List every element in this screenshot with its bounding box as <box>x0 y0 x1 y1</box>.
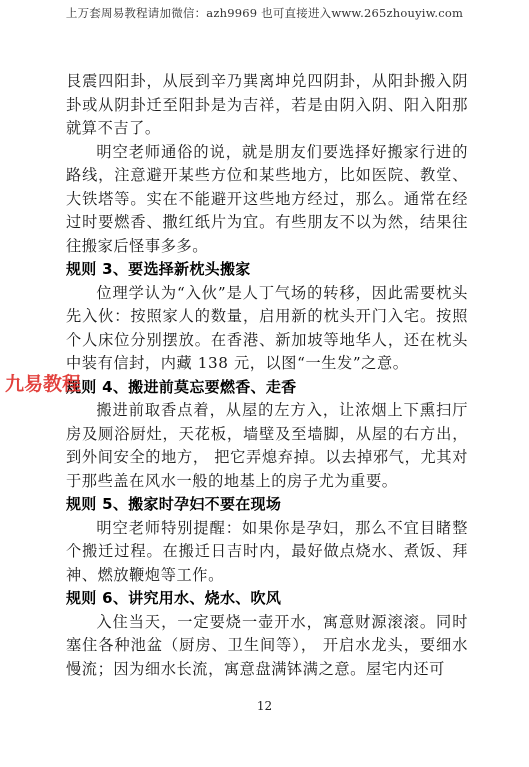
rule-4-heading: 规则 4、搬进前莫忘要燃香、走香 <box>66 376 468 400</box>
page-number: 12 <box>0 699 529 713</box>
rule-6-heading: 规则 6、讲究用水、烧水、吹风 <box>66 587 468 611</box>
document-body: 艮震四阳卦，从辰到辛乃巽离坤兑四阴卦，从阳卦搬入阴卦或从阴卦迁至阳卦是为吉祥，若… <box>66 70 468 681</box>
paragraph-route-advice: 明空老师通俗的说，就是朋友们要选择好搬家行进的路线，注意避开某些方位和某些地方，… <box>66 141 468 259</box>
paragraph-rule-5: 明空老师特别提醒：如果你是孕妇，那么不宜目睹整个搬迁过程。在搬迁日吉时内，最好做… <box>66 517 468 588</box>
rule-5-heading: 规则 5、搬家时孕妇不要在现场 <box>66 493 468 517</box>
watermark-logo: 九易教程 <box>5 369 81 396</box>
page-header-banner: 上万套周易教程请加微信：azh9969 也可直接进入www.265zhouyiw… <box>0 5 529 21</box>
rule-3-heading: 规则 3、要选择新枕头搬家 <box>66 258 468 282</box>
paragraph-rule-6: 入住当天，一定要烧一壶开水，寓意财源滚滚。同时塞住各种池盆（厨房、卫生间等）， … <box>66 611 468 682</box>
paragraph-rule-4: 搬进前取香点着，从屋的左方入，让浓烟上下熏扫厅房及厕浴厨灶，天花板，墙壁及至墙脚… <box>66 399 468 493</box>
paragraph-trigram-intro: 艮震四阳卦，从辰到辛乃巽离坤兑四阴卦，从阳卦搬入阴卦或从阴卦迁至阳卦是为吉祥，若… <box>66 70 468 141</box>
paragraph-rule-3: 位理学认为“入伙”是人丁气场的转移，因此需要枕头先入伙：按照家人的数量，启用新的… <box>66 282 468 376</box>
